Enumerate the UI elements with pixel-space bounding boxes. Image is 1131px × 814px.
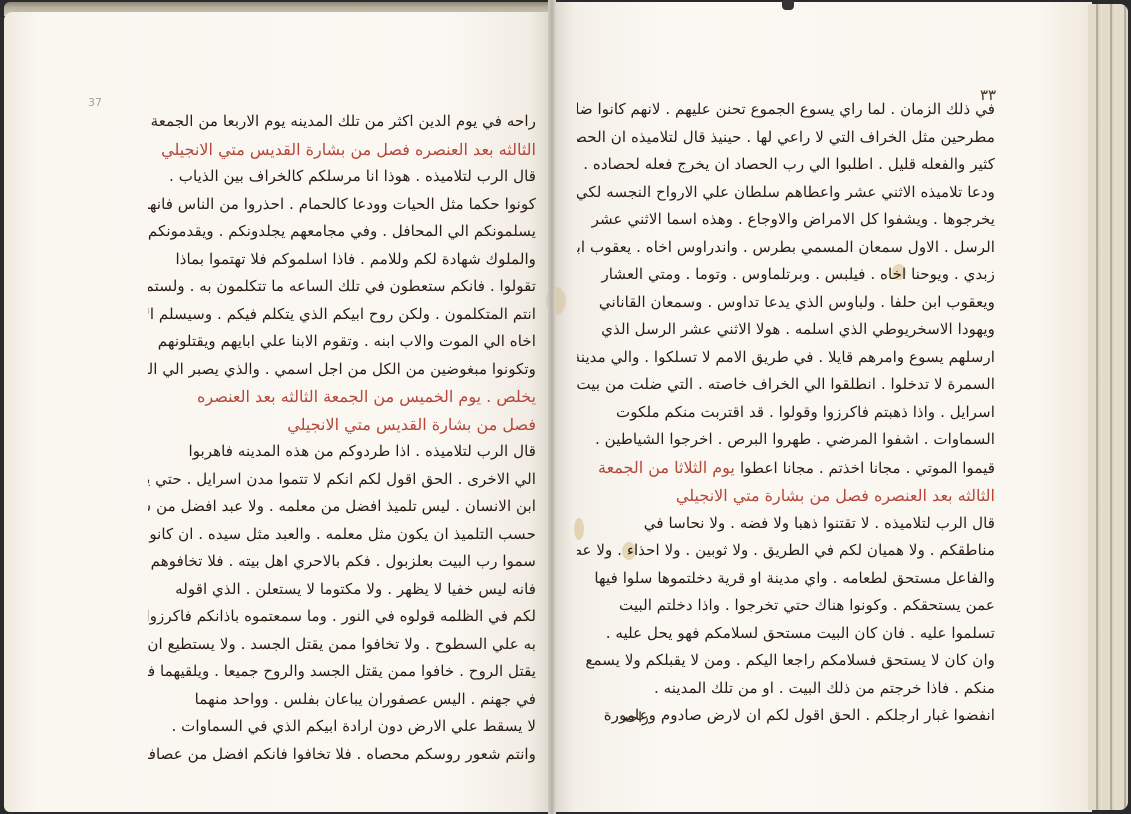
rubric-line: الثالثه بعد العنصره فصل من بشارة القديس … (148, 136, 536, 164)
line-text: في جهنم . اليس عصفوران يباعان بفلس . ووا… (195, 690, 536, 708)
line-text: الثالثه بعد العنصره فصل من بشارة متي الا… (676, 486, 995, 505)
text-line: يخرجوها . ويشفوا كل الامراض والاوجاع . و… (577, 206, 995, 234)
clip (782, 0, 794, 10)
text-line: والملوك شهادة لكم وللامم . فاذا اسلموكم … (148, 246, 536, 274)
line-text: السمرة لا تدخلوا . انطلقوا الي الخراف خا… (577, 375, 995, 393)
line-text: السماوات . اشفوا المرضي . طهروا البرص . … (595, 430, 995, 448)
line-text: ابن الانسان . ليس تلميذ افضل من معلمه . … (148, 497, 536, 515)
text-line: فانه ليس خفيا لا يظهر . ولا مكتوما لا يس… (148, 576, 536, 604)
text-line: السماوات . اشفوا المرضي . طهروا البرص . … (577, 426, 995, 454)
text-line: الرسل . الاول سمعان المسمي بطرس . واندرا… (577, 234, 995, 262)
line-text: زبدي . ويوحنا اخاه . فيلبس . وبرتلماوس .… (601, 265, 995, 283)
text-line: يقتل الروح . خافوا ممن يقتل الجسد والروح… (148, 658, 536, 686)
line-text: مطرحين مثل الخراف التي لا راعي لها . حين… (577, 128, 995, 146)
text-line: ارسلهم يسوع وامرهم قايلا . في طريق الامم… (577, 344, 995, 372)
line-text: عمن يستحقكم . وكونوا هناك حتي تخرجوا . و… (619, 596, 995, 614)
text-line: اسرايل . واذا ذهبتم فاكرزوا وقولوا . قد … (577, 399, 995, 427)
text-line: اخاه الي الموت والاب ابنه . وتقوم الابنا… (148, 328, 536, 356)
line-text: مناطقكم . ولا هميان لكم في الطريق . ولا … (577, 541, 995, 559)
line-text: قيموا الموتي . مجانا اخذتم . مجانا اعطوا (740, 459, 995, 477)
rubric-line: يخلص . يوم الخميس من الجمعة الثالثه بعد … (148, 383, 536, 411)
line-text: ارسلهم يسوع وامرهم قايلا . في طريق الامم… (577, 348, 995, 366)
text-line: السمرة لا تدخلوا . انطلقوا الي الخراف خا… (577, 371, 995, 399)
line-text: يخلص . يوم الخميس من الجمعة الثالثه بعد … (197, 387, 536, 406)
line-text: كونوا حكما مثل الحيات وودعا كالحمام . اح… (148, 195, 536, 213)
text-line: كونوا حكما مثل الحيات وودعا كالحمام . اح… (148, 191, 536, 219)
line-text: والفاعل مستحق لطعامه . واي مدينة او قرية… (594, 569, 995, 587)
line-text: الثالثه بعد العنصره فصل من بشارة القديس … (161, 140, 536, 159)
rubric-line: الثالثه بعد العنصره فصل من بشارة متي الا… (577, 482, 995, 510)
line-text: وتكونوا مبغوضين من الكل من اجل اسمي . وا… (148, 360, 536, 378)
text-line: لكم في الظلمه قولوه في النور . وما سمعتم… (148, 603, 536, 631)
line-text: تقولوا . فانكم ستعطون في تلك الساعه ما ت… (148, 277, 536, 295)
text-line: ويعقوب ابن حلفا . ولباوس الذي يدعا تداوس… (577, 289, 995, 317)
text-line: تقولوا . فانكم ستعطون في تلك الساعه ما ت… (148, 273, 536, 301)
line-text: الي الاخرى . الحق اقول لكم انكم لا تتموا… (148, 470, 536, 488)
line-text: به علي السطوح . ولا تخافوا ممن يقتل الجس… (148, 635, 536, 653)
left-page-text: راحه في يوم الدين اكثر من تلك المدينه يو… (148, 108, 536, 768)
text-line: في ذلك الزمان . لما راي يسوع الجموع تحنن… (577, 96, 995, 124)
line-text: ودعا تلاميذه الاثني عشر واعطاهم سلطان عل… (577, 183, 995, 201)
text-line: سموا رب البيت بعلزبول . فكم بالاحري اهل … (148, 548, 536, 576)
line-text: قال الرب لتلاميذه . هوذا انا مرسلكم كالخ… (169, 167, 536, 185)
text-line: مناطقكم . ولا هميان لكم في الطريق . ولا … (577, 537, 995, 565)
text-line: كثير والفعله قليل . اطلبوا الي رب الحصاد… (577, 151, 995, 179)
text-line: راحه في يوم الدين اكثر من تلك المدينه يو… (148, 108, 536, 136)
text-line: والفاعل مستحق لطعامه . واي مدينة او قرية… (577, 565, 995, 593)
text-line: قال الرب لتلاميذه . لا تقتنوا ذهبا ولا ف… (577, 510, 995, 538)
text-line: زبدي . ويوحنا اخاه . فيلبس . وبرتلماوس .… (577, 261, 995, 289)
open-manuscript: 37 ٣٣ راحه في يوم الدين اكثر من تلك المد… (0, 0, 1131, 814)
line-text: قال الرب لتلاميذه . لا تقتنوا ذهبا ولا ف… (644, 514, 995, 532)
text-line: يسلمونكم الي المحافل . وفي مجامعهم يجلدو… (148, 218, 536, 246)
line-text: ويهودا الاسخريوطي الذي اسلمه . هولا الاث… (601, 320, 995, 338)
line-text: اسرايل . واذا ذهبتم فاكرزوا وقولوا . قد … (616, 403, 995, 421)
text-line: ودعا تلاميذه الاثني عشر واعطاهم سلطان عل… (577, 179, 995, 207)
line-text: حسب التلميذ ان يكون مثل معلمه . والعبد م… (148, 525, 536, 543)
text-line: قيموا الموتي . مجانا اخذتم . مجانا اعطوا… (577, 454, 995, 483)
text-line: عمن يستحقكم . وكونوا هناك حتي تخرجوا . و… (577, 592, 995, 620)
line-text: لكم في الظلمه قولوه في النور . وما سمعتم… (148, 607, 536, 625)
text-line: مطرحين مثل الخراف التي لا راعي لها . حين… (577, 124, 995, 152)
text-line: لا يسقط علي الارض دون ارادة ابيكم الذي ف… (148, 713, 536, 741)
text-line: تسلموا عليه . فان كان البيت مستحق لسلامك… (577, 620, 995, 648)
text-line: ويهودا الاسخريوطي الذي اسلمه . هولا الاث… (577, 316, 995, 344)
line-text: الرسل . الاول سمعان المسمي بطرس . واندرا… (577, 238, 995, 256)
line-text: تسلموا عليه . فان كان البيت مستحق لسلامك… (606, 624, 995, 642)
text-line: قال الرب لتلاميذه . اذا طردوكم من هذه ال… (148, 438, 536, 466)
line-text: فصل من بشارة القديس متي الانجيلي (287, 415, 536, 434)
pencil-page-number: 37 (88, 96, 102, 109)
text-line: حسب التلميذ ان يكون مثل معلمه . والعبد م… (148, 521, 536, 549)
line-text: وانتم شعور روسكم محصاه . فلا تخافوا فانك… (148, 745, 536, 763)
text-line: قال الرب لتلاميذه . هوذا انا مرسلكم كالخ… (148, 163, 536, 191)
book-gutter (548, 0, 556, 814)
line-text: انفضوا غبار ارجلكم . الحق اقول لكم ان لا… (604, 706, 995, 724)
rubric-tail: يوم الثلاثا من الجمعة (598, 458, 740, 477)
text-line: منكم . فاذا خرجتم من ذلك البيت . او من ت… (577, 675, 995, 703)
right-page-text: في ذلك الزمان . لما راي يسوع الجموع تحنن… (577, 96, 995, 730)
fore-edge-leaves (1088, 4, 1128, 810)
text-line: به علي السطوح . ولا تخافوا ممن يقتل الجس… (148, 631, 536, 659)
line-text: في ذلك الزمان . لما راي يسوع الجموع تحنن… (577, 100, 995, 118)
line-text: والملوك شهادة لكم وللامم . فاذا اسلموكم … (176, 250, 537, 268)
line-text: يخرجوها . ويشفوا كل الامراض والاوجاع . و… (592, 210, 995, 228)
line-text: فانه ليس خفيا لا يظهر . ولا مكتوما لا يس… (175, 580, 536, 598)
line-text: راحه في يوم الدين اكثر من تلك المدينه يو… (151, 112, 536, 130)
line-text: وان كان لا يستحق فسلامكم راجعا اليكم . و… (585, 651, 995, 669)
text-line: وانتم شعور روسكم محصاه . فلا تخافوا فانك… (148, 741, 536, 769)
catchword: راحه (622, 710, 649, 726)
rubric-line: فصل من بشارة القديس متي الانجيلي (148, 411, 536, 439)
line-text: يسلمونكم الي المحافل . وفي مجامعهم يجلدو… (148, 222, 536, 240)
text-line: ابن الانسان . ليس تلميذ افضل من معلمه . … (148, 493, 536, 521)
line-text: منكم . فاذا خرجتم من ذلك البيت . او من ت… (654, 679, 995, 697)
text-line: وان كان لا يستحق فسلامكم راجعا اليكم . و… (577, 647, 995, 675)
line-text: قال الرب لتلاميذه . اذا طردوكم من هذه ال… (188, 442, 536, 460)
line-text: لا يسقط علي الارض دون ارادة ابيكم الذي ف… (171, 717, 536, 735)
line-text: كثير والفعله قليل . اطلبوا الي رب الحصاد… (583, 155, 995, 173)
line-text: ويعقوب ابن حلفا . ولباوس الذي يدعا تداوس… (599, 293, 995, 311)
line-text: انتم المتكلمون . ولكن روح ابيكم الذي يتك… (148, 305, 536, 323)
text-line: الي الاخرى . الحق اقول لكم انكم لا تتموا… (148, 466, 536, 494)
line-text: يقتل الروح . خافوا ممن يقتل الجسد والروح… (148, 662, 536, 680)
text-line: انتم المتكلمون . ولكن روح ابيكم الذي يتك… (148, 301, 536, 329)
line-text: سموا رب البيت بعلزبول . فكم بالاحري اهل … (151, 552, 536, 570)
line-text: اخاه الي الموت والاب ابنه . وتقوم الابنا… (158, 332, 536, 350)
text-line: في جهنم . اليس عصفوران يباعان بفلس . ووا… (148, 686, 536, 714)
text-line: وتكونوا مبغوضين من الكل من اجل اسمي . وا… (148, 356, 536, 384)
